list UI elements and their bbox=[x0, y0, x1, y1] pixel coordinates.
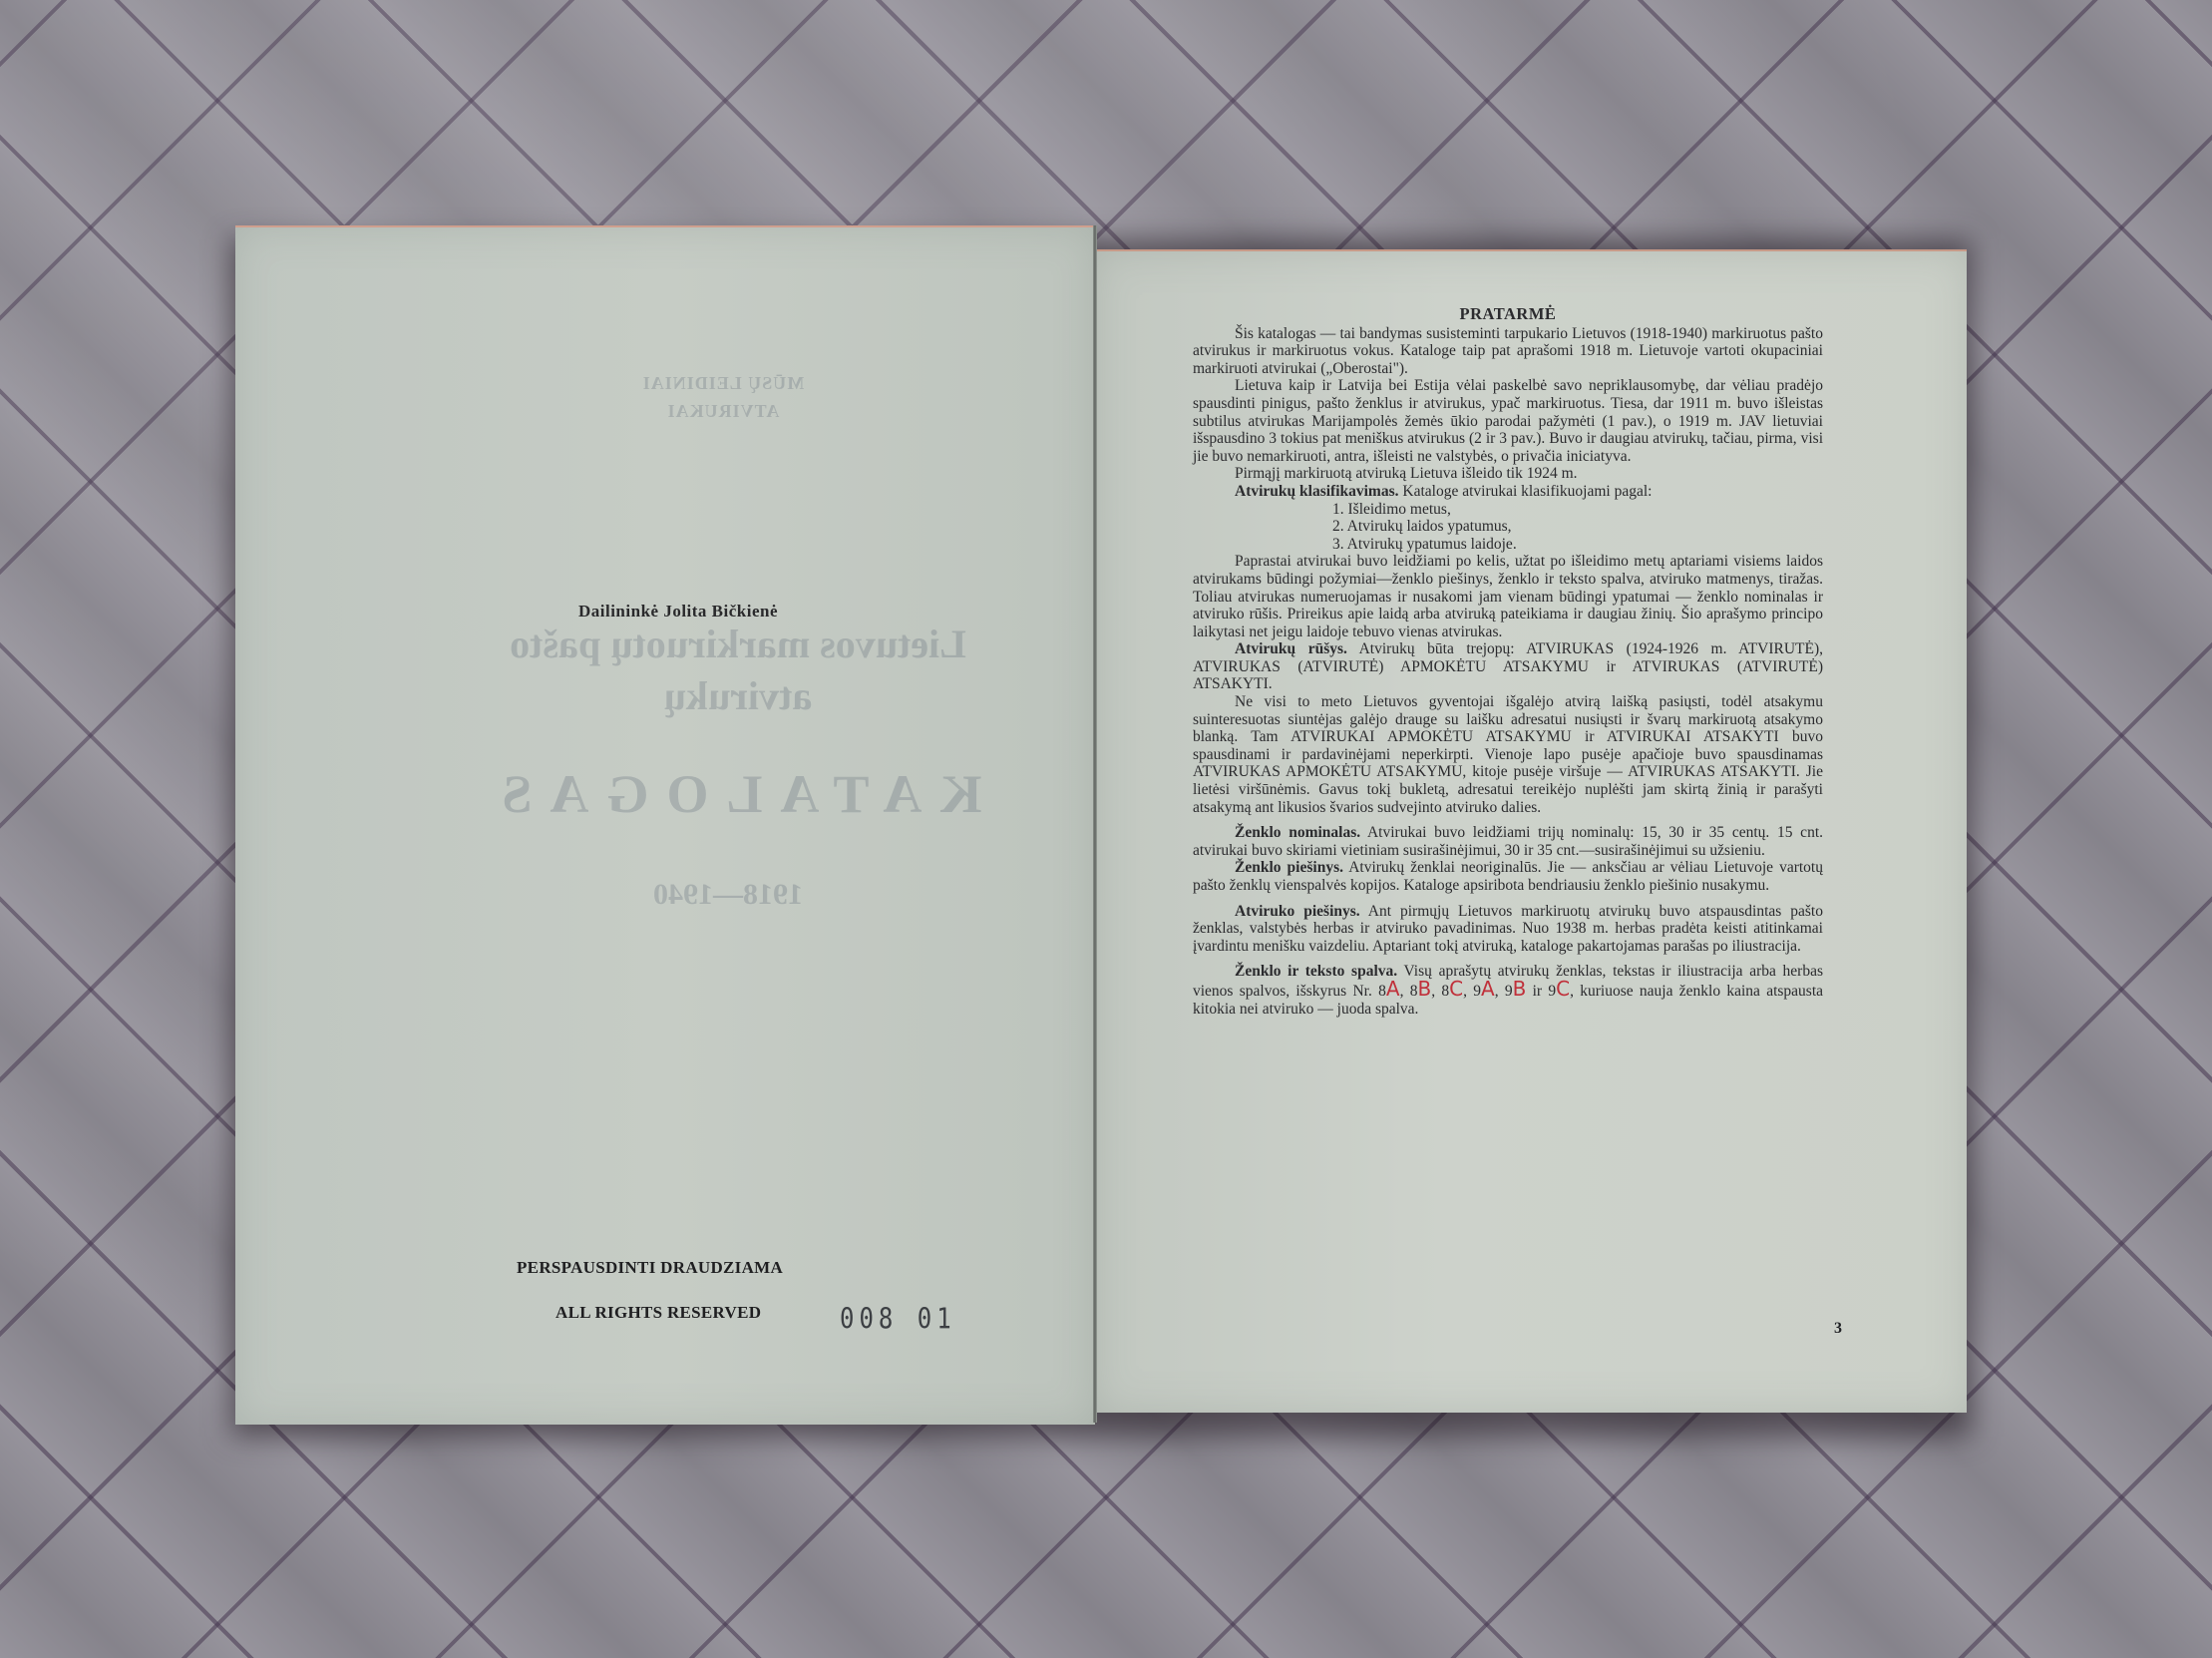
catalog-number: 8A, bbox=[1378, 983, 1403, 1000]
show-through-line: MŪSŲ LEIDINIAI bbox=[558, 369, 888, 397]
list-item: 2. Atvirukų laidos ypatumus, bbox=[1332, 518, 1823, 536]
catalog-number: 9B bbox=[1505, 983, 1526, 1000]
nominal-label: Ženklo nominalas. bbox=[1235, 824, 1360, 841]
catalog-number: 8B, bbox=[1410, 983, 1435, 1000]
card-design-label: Atviruko piešinys. bbox=[1235, 903, 1360, 920]
catalog-number: 8C, bbox=[1441, 983, 1467, 1000]
color-paragraph: Ženklo ir teksto spalva. Visų aprašytų a… bbox=[1193, 963, 1823, 1018]
paragraph: Šis katalogas — tai bandymas susistemint… bbox=[1193, 325, 1823, 378]
paragraph: Pirmąjį markiruotą atviruką Lietuva išle… bbox=[1193, 465, 1823, 483]
show-through-small: MŪSŲ LEIDINIAI ATVIRUKAI bbox=[558, 369, 888, 425]
catalog-number: 9C, bbox=[1548, 983, 1574, 1000]
types-paragraph: Atvirukų rūšys. Atvirukų būta trejopų: A… bbox=[1193, 640, 1823, 693]
handwritten-letter: A bbox=[1386, 977, 1400, 1001]
paragraph: Ne visi to meto Lietuvos gyventojai išga… bbox=[1193, 693, 1823, 816]
stamp-design-label: Ženklo piešinys. bbox=[1235, 859, 1343, 876]
show-through-catalog: KATALOGAS bbox=[459, 763, 1007, 825]
classification-text: Kataloge atvirukai klasifikuojami pagal: bbox=[1402, 483, 1652, 500]
spacer bbox=[1193, 895, 1823, 903]
catalog-digit: 9 bbox=[1505, 983, 1513, 1000]
handwritten-letter: B bbox=[1513, 977, 1527, 1001]
handwritten-letter: A bbox=[1481, 977, 1495, 1001]
handwritten-letter: B bbox=[1418, 977, 1432, 1001]
page-number: 3 bbox=[1834, 1320, 1842, 1338]
show-through-title: Lietuvos markiruotų pašto atvirukų bbox=[479, 619, 997, 722]
list-item: 1. Išleidimo metus, bbox=[1332, 501, 1823, 519]
paragraph: Paprastai atvirukai buvo leidžiami po ke… bbox=[1193, 553, 1823, 640]
preface-heading: PRATARMĖ bbox=[1193, 305, 1823, 323]
list-item: 3. Atvirukų ypatumus laidoje. bbox=[1332, 536, 1823, 554]
paragraph: Lietuva kaip ir Latvija bei Estija vėlai… bbox=[1193, 377, 1823, 465]
catalog-number: 9A, bbox=[1473, 983, 1498, 1000]
show-through-line: Lietuvos markiruotų pašto bbox=[479, 619, 997, 670]
show-through-line: ATVIRUKAI bbox=[558, 397, 888, 425]
nominal-paragraph: Ženklo nominalas. Atvirukai buvo leidžia… bbox=[1193, 824, 1823, 859]
catalog-digit: 9 bbox=[1548, 983, 1556, 1000]
catalog-digit: 9 bbox=[1473, 983, 1481, 1000]
show-through-years: 1918—1940 bbox=[578, 878, 878, 912]
catalog-digit: 8 bbox=[1441, 983, 1449, 1000]
catalog-digit: 8 bbox=[1378, 983, 1386, 1000]
types-label: Atvirukų rūšys. bbox=[1235, 640, 1347, 657]
rights-english: ALL RIGHTS RESERVED bbox=[555, 1303, 761, 1323]
stamp-design-paragraph: Ženklo piešinys. Atvirukų ženklai neorig… bbox=[1193, 859, 1823, 894]
classification-label: Atvirukų klasifikavimas. bbox=[1235, 483, 1399, 500]
card-design-paragraph: Atviruko piešinys. Ant pirmųjų Lietuvos … bbox=[1193, 903, 1823, 956]
show-through-line: atvirukų bbox=[479, 670, 997, 722]
rights-lithuanian: PERSPAUSDINTI DRAUDZIAMA bbox=[517, 1258, 783, 1278]
classification-list: 1. Išleidimo metus, 2. Atvirukų laidos y… bbox=[1193, 501, 1823, 554]
classification-paragraph: Atvirukų klasifikavimas. Kataloge atviru… bbox=[1193, 483, 1823, 501]
serial-number-stamp: 008 01 bbox=[840, 1302, 956, 1336]
spacer bbox=[1193, 816, 1823, 824]
handwritten-letter: C bbox=[1556, 977, 1570, 1001]
catalog-digit: 8 bbox=[1410, 983, 1418, 1000]
color-label: Ženklo ir teksto spalva. bbox=[1235, 963, 1397, 980]
booklet-gutter bbox=[1093, 225, 1097, 1423]
artist-credit: Dailininkė Jolita Bičkienė bbox=[479, 602, 878, 622]
preface-text: PRATARMĖ Šis katalogas — tai bandymas su… bbox=[1193, 305, 1823, 1018]
handwritten-letter: C bbox=[1449, 977, 1463, 1001]
spacer bbox=[1193, 955, 1823, 963]
